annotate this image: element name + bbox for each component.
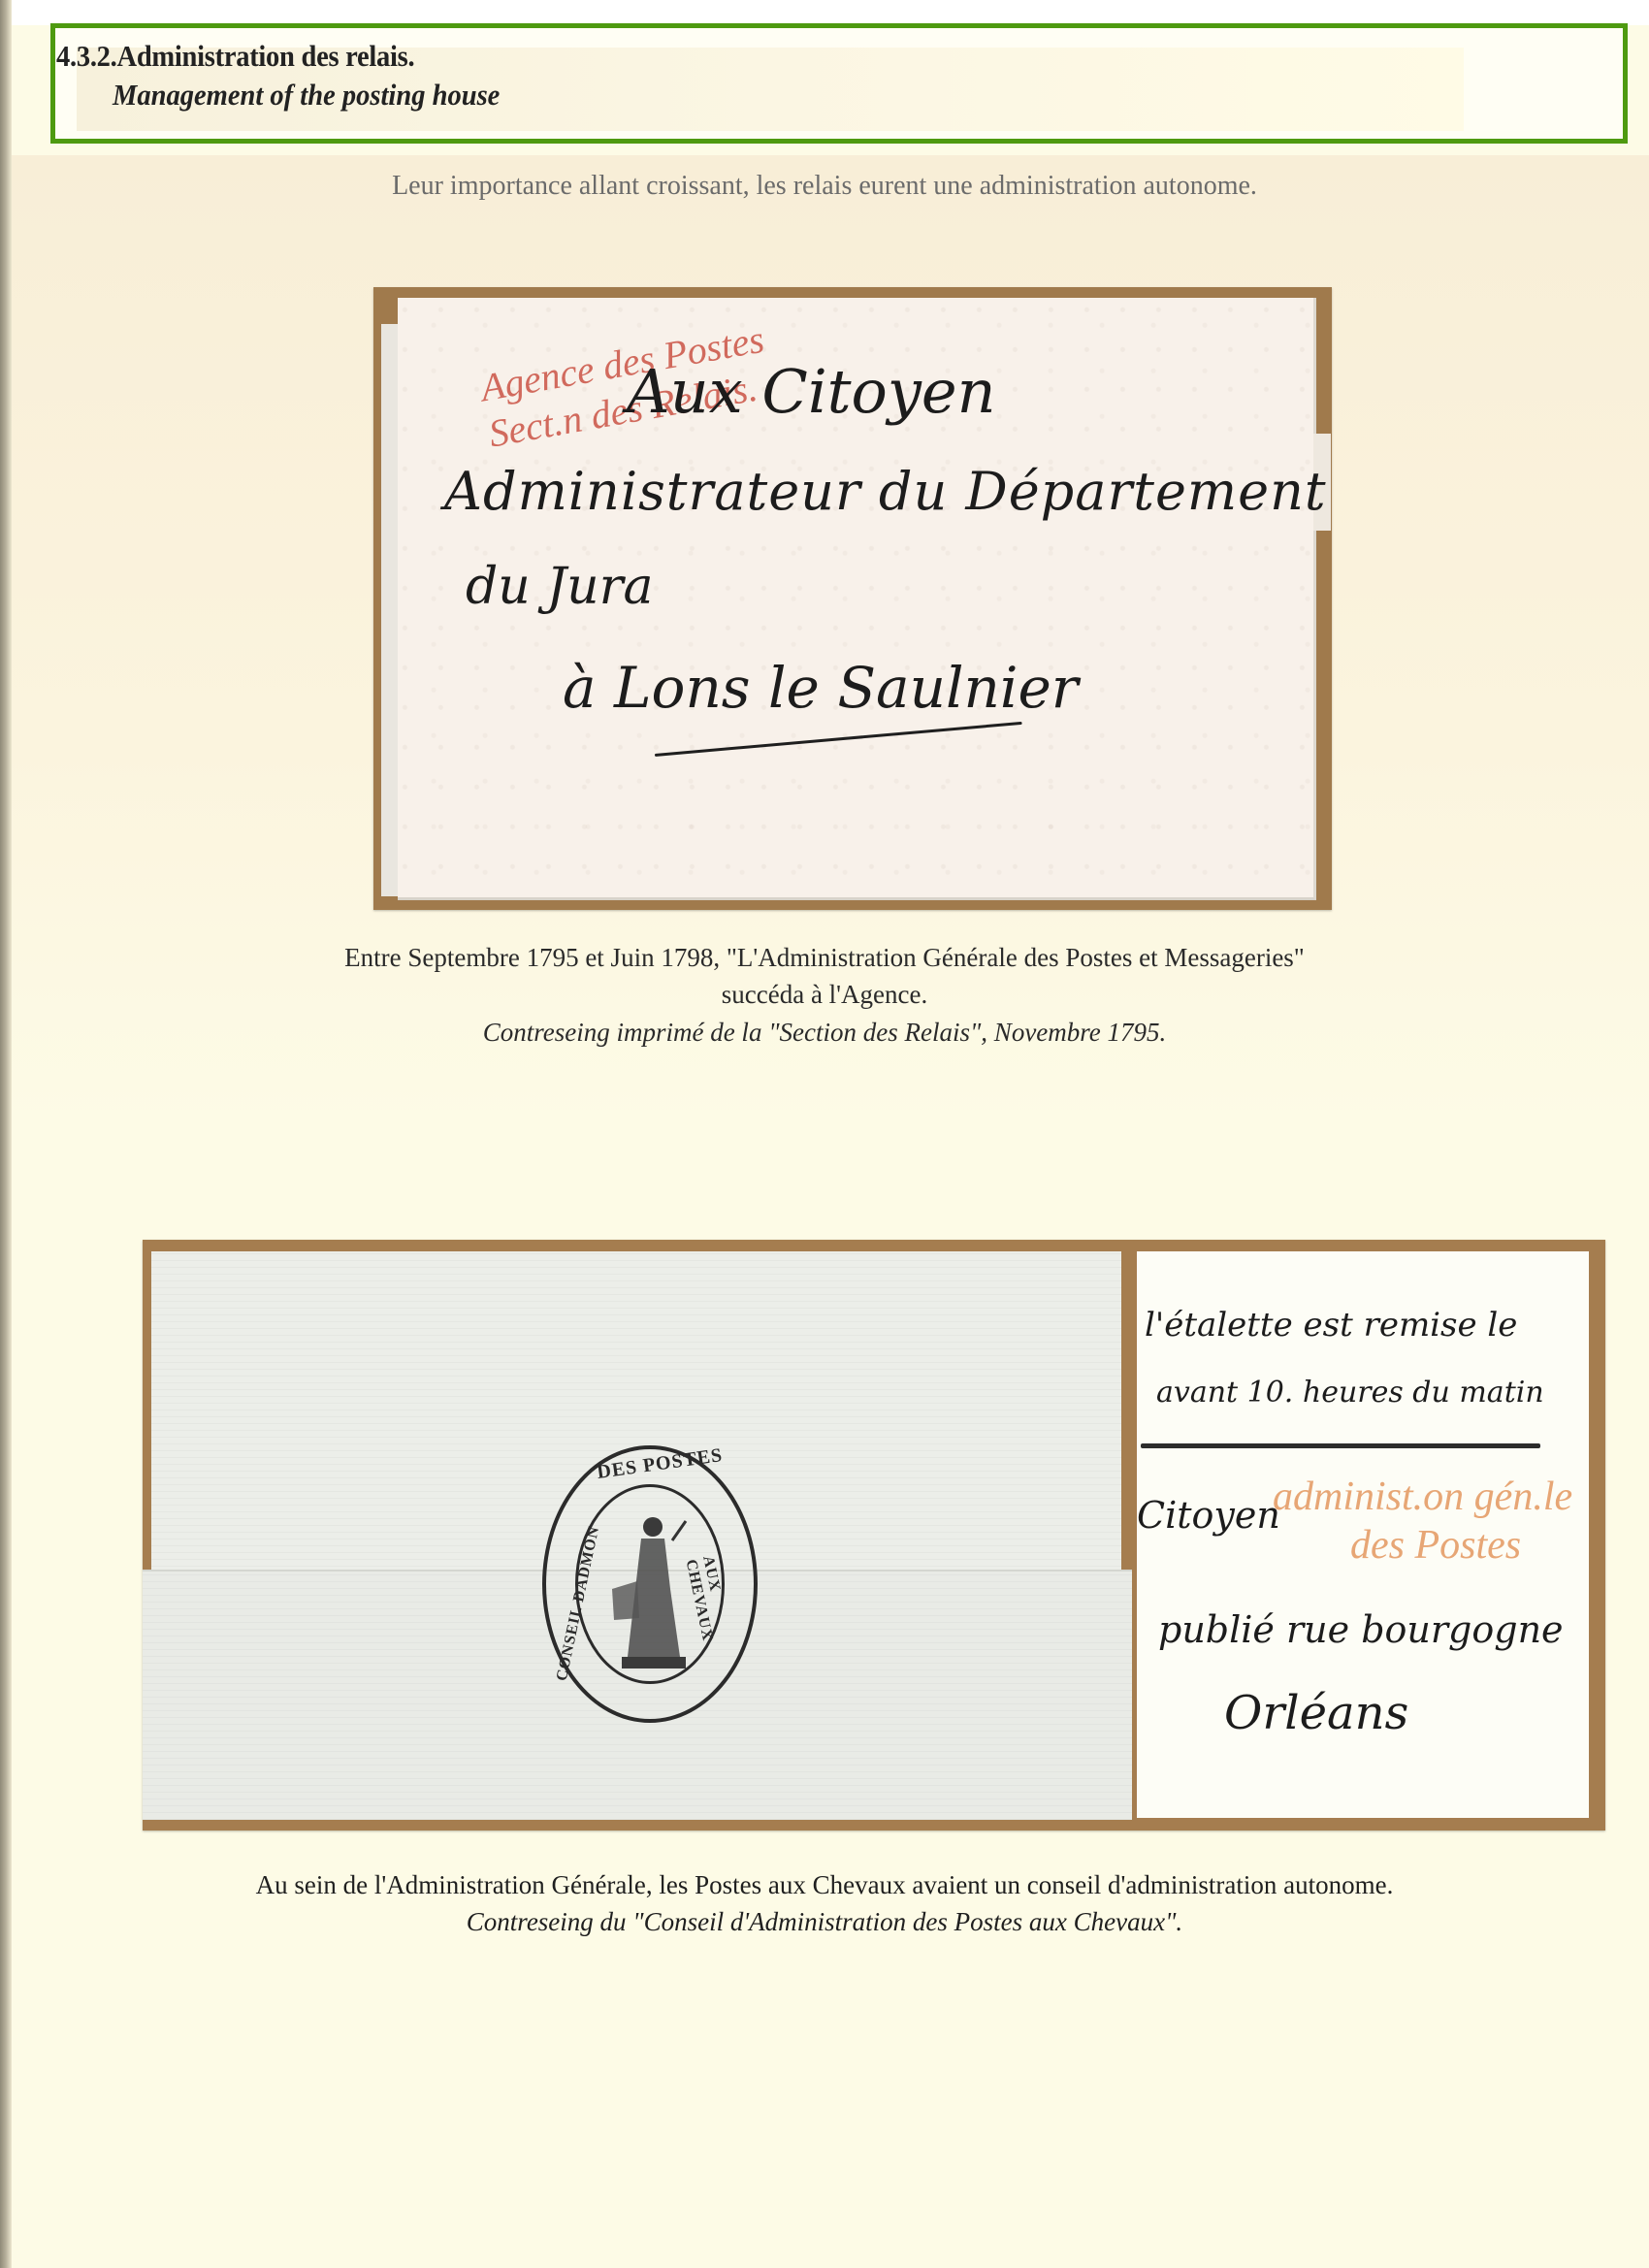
allegorical-figure-icon (602, 1511, 699, 1676)
address-line-2: Administrateur du Département (444, 461, 1327, 522)
front-note-rule (1141, 1443, 1540, 1448)
exhibit-1-caption-line-1: Entre Septembre 1795 et Juin 1798, "L'Ad… (0, 943, 1649, 973)
front-note-line-1: l'étalette est remise le (1145, 1306, 1517, 1345)
oval-council-seal: DES POSTES CONSEIL DADMON AUX CHEVAUX (542, 1445, 758, 1723)
address-line-1: Aux Citoyen (627, 356, 996, 427)
stamp-line-1: administ.on gén.le (1273, 1473, 1572, 1521)
front-address-line-1: Citoyen (1137, 1494, 1280, 1537)
exhibit-2-caption-line: Au sein de l'Administration Générale, le… (0, 1870, 1649, 1900)
front-address-line-2: publié rue bourgogne (1158, 1608, 1564, 1651)
exhibit-2-caption-italic: Contreseing du "Conseil d'Administration… (0, 1907, 1649, 1937)
exhibit-1-mount: Agence des Postes Sect.n des Relais. Aux… (373, 287, 1332, 910)
front-note-line-2: avant 10. heures du matin (1156, 1376, 1544, 1409)
page-top-margin (0, 0, 1649, 25)
orange-admin-stamp: administ.on gén.le des Postes (1273, 1473, 1572, 1570)
exhibit-1-letter-cover: Agence des Postes Sect.n des Relais. Aux… (398, 298, 1316, 900)
intro-text: Leur importance allant croissant, les re… (0, 171, 1649, 202)
exhibit-1-caption-italic: Contreseing imprimé de la "Section des R… (0, 1018, 1649, 1048)
section-title: 4.3.2.Administration des relais. (56, 39, 414, 74)
front-address-line-3: Orléans (1224, 1686, 1408, 1740)
exhibit-2-mount: DES POSTES CONSEIL DADMON AUX CHEVAUX l'… (143, 1240, 1605, 1831)
address-line-3: du Jura (466, 558, 654, 616)
address-line-4: à Lons le Saulnier (563, 655, 1079, 721)
exhibit-1-caption-line-2: succéda à l'Agence. (0, 980, 1649, 1010)
section-subtitle: Management of the posting house (113, 78, 500, 113)
exhibit-2-address-panel: l'étalette est remise le avant 10. heure… (1137, 1251, 1589, 1818)
address-underline-flourish (655, 722, 1022, 757)
stamp-line-2: des Postes (1273, 1521, 1572, 1570)
